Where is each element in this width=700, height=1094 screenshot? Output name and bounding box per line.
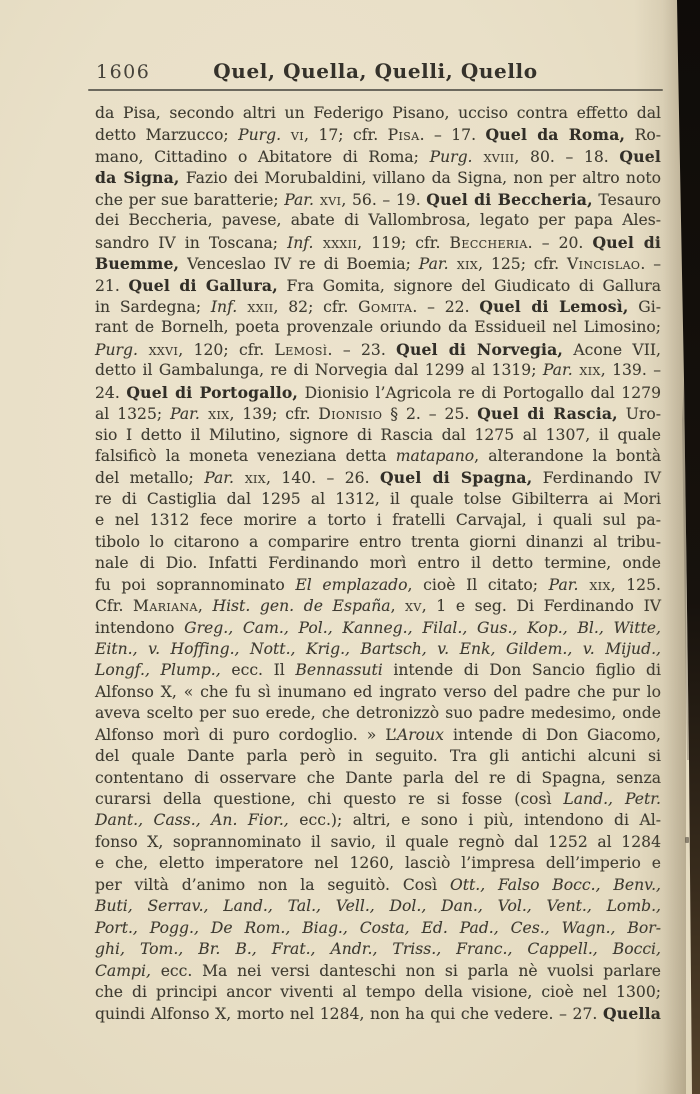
- text-line: in Sardegna; Inf. xxii, 82; cfr. Gomita.…: [95, 296, 661, 317]
- text-segment: detto Marzucco;: [95, 126, 238, 144]
- text-segment: Par.: [543, 361, 573, 379]
- text-segment: al 1325;: [95, 405, 170, 423]
- text-segment: Quella: [603, 1004, 661, 1023]
- text-segment: Quel: [619, 147, 661, 166]
- text-segment: xxvi: [138, 341, 178, 359]
- text-line: contentano di osservare che Dante parla …: [95, 768, 661, 789]
- text-segment: che di principi ancor viventi al tempo d…: [95, 983, 661, 1001]
- text-segment: Quel di Norvegia,: [396, 340, 563, 359]
- text-segment: Hist. gen. de España: [212, 597, 390, 615]
- text-segment: Quel di Portogallo,: [126, 383, 298, 402]
- text-segment: Gomita: [358, 298, 412, 316]
- text-segment: Inf.: [211, 298, 237, 316]
- text-line: nale di Dio. Infatti Ferdinando morì ent…: [95, 553, 661, 574]
- text-line: e nel 1312 fece morire a torto i fratell…: [95, 510, 661, 531]
- text-segment: Purg.: [238, 126, 281, 144]
- text-line: falsificò la moneta veneziana detta mata…: [95, 446, 661, 467]
- text-segment: Dionisio: [318, 405, 382, 423]
- text-segment: , 1 e seg. Di Ferdinando IV: [422, 597, 661, 615]
- text-line: Longf., Plump., ecc. Il Bennassuti inten…: [95, 660, 661, 681]
- text-line: quindi Alfonso X, morto nel 1284, non ha…: [95, 1003, 661, 1024]
- text-segment: Campi,: [95, 962, 151, 980]
- text-line: 21. Quel di Gallura, Fra Gomita, signore…: [95, 275, 661, 296]
- text-segment: Par.: [284, 191, 314, 209]
- text-segment: vi: [281, 126, 304, 144]
- text-segment: Port., Pogg., De Rom., Biag., Costa, Ed.…: [95, 919, 661, 937]
- text-segment: Mariana: [133, 597, 198, 615]
- text-segment: Ott., Falso Bocc., Benv.,: [450, 876, 661, 894]
- text-line: che di principi ancor viventi al tempo d…: [95, 982, 661, 1003]
- text-segment: nale di Dio. Infatti Ferdinando morì ent…: [95, 554, 661, 572]
- text-segment: Eitn., v. Hoffing., Nott., Krig., Bartsc…: [95, 640, 661, 658]
- text-segment: Alfonso X, « che fu sì inumano ed ingrat…: [95, 683, 661, 701]
- text-segment: , 125; cfr.: [478, 255, 567, 273]
- text-segment: quindi Alfonso X, morto nel 1284, non ha…: [95, 1005, 603, 1023]
- text-line: Port., Pogg., De Rom., Biag., Costa, Ed.…: [95, 918, 661, 939]
- text-segment: ecc. Il: [221, 661, 296, 679]
- text-segment: , alterandone la bontà: [474, 447, 661, 465]
- text-segment: ,: [198, 597, 213, 615]
- text-segment: , 17; cfr.: [304, 126, 388, 144]
- text-segment: Pisa: [388, 126, 420, 144]
- text-segment: intende di Don Sancio figlio di: [383, 661, 661, 679]
- text-line: Buemme, Venceslao IV re di Boemia; Par. …: [95, 253, 661, 274]
- text-segment: in Sardegna;: [95, 298, 211, 316]
- text-segment: detto il Gambalunga, re di Norvegia dal …: [95, 361, 543, 379]
- text-segment: § 2. – 25.: [382, 405, 477, 423]
- text-line: Alfonso X, « che fu sì inumano ed ingrat…: [95, 682, 661, 703]
- text-line: Purg. xxvi, 120; cfr. Lemosì. – 23. Quel…: [95, 339, 661, 360]
- text-segment: Acone VII,: [563, 341, 661, 359]
- edge-notch: [685, 837, 689, 843]
- text-segment: , 139. –: [601, 361, 661, 379]
- text-segment: ecc.); altri, e sono i più, intendono di…: [289, 811, 661, 829]
- text-segment: ecc. Ma nei versi danteschi non si parla…: [151, 962, 661, 980]
- text-segment: Par.: [170, 405, 200, 423]
- text-segment: , 125.: [611, 576, 661, 594]
- text-line: Alfonso morì di puro cordoglio. » L’Arou…: [95, 725, 661, 746]
- text-line: al 1325; Par. xix, 139; cfr. Dionisio § …: [95, 403, 661, 424]
- text-line: ghi, Tom., Br. B., Frat., Andr., Triss.,…: [95, 939, 661, 960]
- text-line: Buti, Serrav., Land., Tal., Vell., Dol.,…: [95, 896, 661, 917]
- text-segment: , 56. – 19.: [341, 191, 426, 209]
- text-segment: Aroux: [397, 726, 444, 744]
- text-segment: Venceslao IV re di Boemia;: [179, 255, 419, 273]
- text-segment: Uro-: [618, 405, 661, 423]
- text-segment: , 119; cfr.: [357, 234, 449, 252]
- text-segment: intendono: [95, 619, 184, 637]
- text-segment: Inf.: [287, 234, 313, 252]
- text-segment: e che, eletto imperatore nel 1260, lasci…: [95, 854, 661, 872]
- text-line: aveva scelto per suo erede, che detroniz…: [95, 703, 661, 724]
- text-segment: Quel da Roma,: [486, 125, 626, 144]
- text-segment: sio I detto il Milutino, signore di Rasc…: [95, 426, 661, 444]
- text-segment: Dionisio l’Agricola re di Portogallo dal…: [298, 384, 661, 402]
- text-segment: Gi-: [628, 298, 661, 316]
- text-segment: xviii: [473, 148, 515, 166]
- text-segment: Purg.: [95, 341, 138, 359]
- text-segment: sandro IV in Toscana;: [95, 234, 287, 252]
- text-line: fonso X, soprannominato il savio, il qua…: [95, 832, 661, 853]
- body-text: da Pisa, secondo altri un Federigo Pisan…: [95, 103, 661, 1025]
- text-line: del metallo; Par. xix, 140. – 26. Quel d…: [95, 467, 661, 488]
- text-segment: mano, Cittadino o Abitatore di Roma;: [95, 148, 430, 166]
- text-segment: per viltà d’animo non la seguitò. Così: [95, 876, 450, 894]
- text-segment: . – 23.: [328, 341, 397, 359]
- text-segment: El emplazado: [295, 576, 407, 594]
- text-line: mano, Cittadino o Abitatore di Roma; Pur…: [95, 146, 661, 167]
- text-segment: tibolo lo citarono a comparire entro tre…: [95, 533, 661, 551]
- scan-edge-band: [660, 0, 700, 1094]
- text-line: tibolo lo citarono a comparire entro tre…: [95, 532, 661, 553]
- text-segment: Dant., Cass., An. Fior.,: [95, 811, 289, 829]
- text-segment: fu poi soprannominato: [95, 576, 295, 594]
- text-segment: Buemme,: [95, 254, 179, 273]
- text-line: detto il Gambalunga, re di Norvegia dal …: [95, 360, 661, 381]
- text-line: del quale Dante parla però in seguito. T…: [95, 746, 661, 767]
- text-segment: . – 17.: [420, 126, 486, 144]
- text-segment: matapano: [396, 447, 474, 465]
- text-segment: del quale Dante parla però in seguito. T…: [95, 747, 661, 765]
- text-line: intendono Greg., Cam., Pol., Kanneg., Fi…: [95, 618, 661, 639]
- text-segment: che per sue baratterie;: [95, 191, 284, 209]
- text-line: sandro IV in Toscana; Inf. xxxii, 119; c…: [95, 232, 661, 253]
- text-line: dei Beccheria, pavese, abate di Vallombr…: [95, 210, 661, 231]
- text-segment: Par.: [419, 255, 449, 273]
- text-segment: da Pisa, secondo altri un Federigo Pisan…: [95, 104, 661, 122]
- text-line: e che, eletto imperatore nel 1260, lasci…: [95, 853, 661, 874]
- text-line: da Pisa, secondo altri un Federigo Pisan…: [95, 103, 661, 124]
- text-segment: Ro-: [625, 126, 661, 144]
- text-segment: Purg.: [430, 148, 473, 166]
- text-segment: Greg., Cam., Pol., Kanneg., Filal., Gus.…: [184, 619, 661, 637]
- text-segment: falsificò la moneta veneziana detta: [95, 447, 396, 465]
- text-segment: Fazio dei Morubaldini, villano da Signa,…: [180, 169, 661, 187]
- text-line: re di Castiglia dal 1295 al 1312, il qua…: [95, 489, 661, 510]
- text-segment: . – 20.: [528, 234, 593, 252]
- text-line: curarsi della questione, chi questo re s…: [95, 789, 661, 810]
- text-segment: Quel di Lemosì,: [479, 297, 628, 316]
- text-segment: Quel di Beccheria,: [426, 190, 592, 209]
- text-segment: ,: [391, 597, 406, 615]
- text-line: sio I detto il Milutino, signore di Rasc…: [95, 425, 661, 446]
- text-segment: xix: [578, 576, 610, 594]
- text-segment: dei Beccheria, pavese, abate di Vallombr…: [95, 211, 661, 229]
- text-segment: xv: [405, 597, 422, 615]
- text-segment: Longf., Plump.,: [95, 661, 221, 679]
- text-line: per viltà d’animo non la seguitò. Così O…: [95, 875, 661, 896]
- text-line: Campi, ecc. Ma nei versi danteschi non s…: [95, 961, 661, 982]
- text-line: che per sue baratterie; Par. xvi, 56. – …: [95, 189, 661, 210]
- text-segment: xvi: [314, 191, 341, 209]
- header-rule: [88, 89, 663, 91]
- text-segment: , 82; cfr.: [273, 298, 358, 316]
- text-segment: curarsi della questione, chi questo re s…: [95, 790, 563, 808]
- text-line: Dant., Cass., An. Fior., ecc.); altri, e…: [95, 810, 661, 831]
- text-line: 24. Quel di Portogallo, Dionisio l’Agric…: [95, 382, 661, 403]
- text-segment: Land., Petr.: [563, 790, 661, 808]
- text-segment: xix: [200, 405, 230, 423]
- text-segment: Quel di Spagna,: [380, 468, 532, 487]
- text-segment: . – 22.: [412, 298, 479, 316]
- text-segment: intende di Don Giacomo,: [444, 726, 661, 744]
- text-segment: Beccheria: [450, 234, 528, 252]
- text-segment: Bennassuti: [295, 661, 382, 679]
- running-title: Quel, Quella, Quelli, Quello: [88, 59, 663, 83]
- text-segment: Cfr.: [95, 597, 133, 615]
- text-segment: , 139; cfr.: [229, 405, 318, 423]
- text-line: fu poi soprannominato El emplazado, cioè…: [95, 575, 661, 596]
- text-segment: contentano di osservare che Dante parla …: [95, 769, 661, 787]
- text-segment: Quel di Gallura,: [128, 276, 277, 295]
- text-segment: xxii: [237, 298, 273, 316]
- text-segment: e nel 1312 fece morire a torto i fratell…: [95, 511, 661, 529]
- text-segment: xix: [573, 361, 601, 379]
- text-segment: , cioè Il citato;: [408, 576, 549, 594]
- text-segment: , 120; cfr.: [178, 341, 274, 359]
- text-segment: Par.: [204, 469, 234, 487]
- text-segment: fonso X, soprannominato il savio, il qua…: [95, 833, 661, 851]
- text-segment: re di Castiglia dal 1295 al 1312, il qua…: [95, 490, 661, 508]
- text-segment: , 140. – 26.: [266, 469, 380, 487]
- text-segment: xix: [234, 469, 266, 487]
- text-segment: 24.: [95, 384, 126, 402]
- text-segment: Alfonso morì di puro cordoglio. » L’: [95, 726, 397, 744]
- text-segment: da Signa,: [95, 168, 180, 187]
- text-segment: rant de Bornelh, poeta provenzale oriund…: [95, 318, 661, 336]
- text-line: Cfr. Mariana, Hist. gen. de España, xv, …: [95, 596, 661, 617]
- text-segment: del metallo;: [95, 469, 204, 487]
- text-segment: Buti, Serrav., Land., Tal., Vell., Dol.,…: [95, 897, 661, 915]
- text-line: Eitn., v. Hoffing., Nott., Krig., Bartsc…: [95, 639, 661, 660]
- text-segment: Tesauro: [593, 191, 661, 209]
- text-segment: Vincislao: [567, 255, 640, 273]
- text-segment: , 80. – 18.: [514, 148, 619, 166]
- text-segment: 21.: [95, 277, 128, 295]
- text-line: da Signa, Fazio dei Morubaldini, villano…: [95, 167, 661, 188]
- text-segment: xxxii: [314, 234, 358, 252]
- text-segment: Quel di: [592, 233, 661, 252]
- text-segment: xix: [449, 255, 479, 273]
- text-segment: ghi, Tom., Br. B., Frat., Andr., Triss.,…: [95, 940, 661, 958]
- text-segment: Lemosì: [275, 341, 328, 359]
- text-segment: Par.: [549, 576, 579, 594]
- text-segment: Ferdinando IV: [532, 469, 661, 487]
- text-line: rant de Bornelh, poeta provenzale oriund…: [95, 317, 661, 338]
- text-line: detto Marzucco; Purg. vi, 17; cfr. Pisa.…: [95, 124, 661, 145]
- text-segment: Quel di Rascia,: [477, 404, 618, 423]
- text-segment: . –: [640, 255, 661, 273]
- text-segment: aveva scelto per suo erede, che detroniz…: [95, 704, 661, 722]
- text-segment: Fra Gomita, signore del Giudicato di Gal…: [278, 277, 661, 295]
- book-page: 1606 Quel, Quella, Quelli, Quello da Pis…: [0, 0, 700, 1094]
